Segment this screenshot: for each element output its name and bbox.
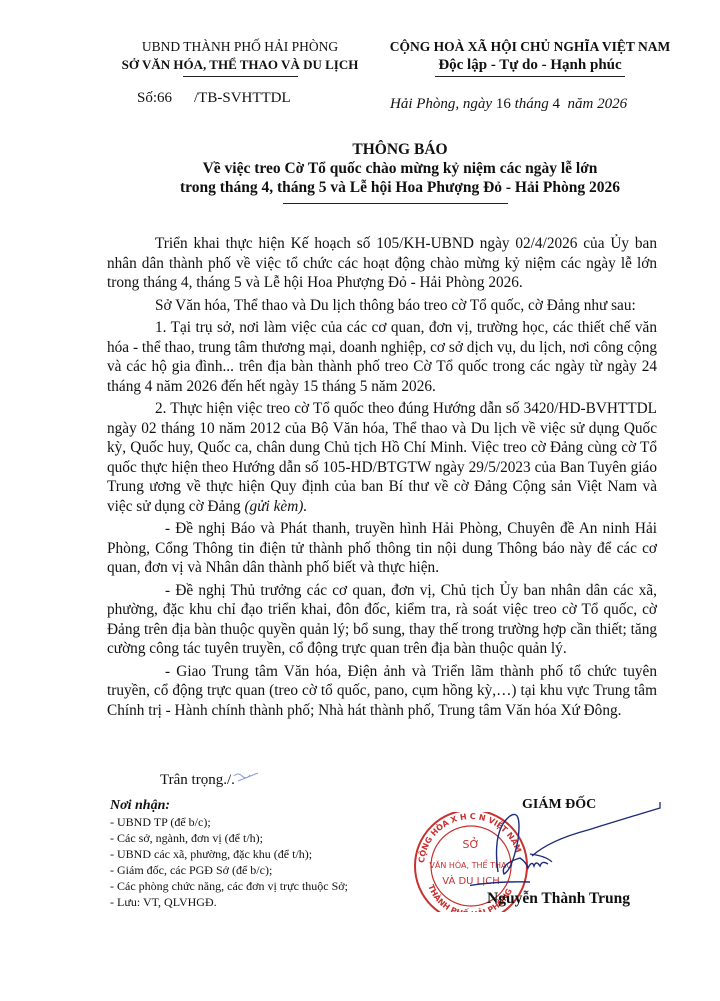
- motto: Độc lập - Tự do - Hạnh phúc: [365, 56, 695, 74]
- doc-number-prefix: Số:66: [137, 90, 172, 106]
- notice-title: THÔNG BÁO Về việc treo Cờ Tổ quốc chào m…: [100, 140, 700, 204]
- paragraph-4-text: 2. Thực hiện việc treo cờ Tổ quốc theo đ…: [107, 400, 657, 515]
- doc-number-suffix: /TB-SVHTTDL: [194, 90, 291, 106]
- paragraph-6: - Đề nghị Thủ trưởng các cơ quan, đơn vị…: [107, 581, 657, 659]
- paragraph-7: - Giao Trung tâm Văn hóa, Điện ảnh và Tr…: [107, 662, 657, 721]
- recipients: Nơi nhận: - UBND TP (để b/c); - Các sở, …: [110, 797, 348, 910]
- paragraph-4: 2. Thực hiện việc treo cờ Tổ quốc theo đ…: [107, 399, 657, 516]
- country-name: CỘNG HOÀ XÃ HỘI CHỦ NGHĨA VIỆT NAM: [365, 38, 695, 56]
- document-date: Hải Phòng, ngày 16 tháng 4 năm 2026: [390, 96, 627, 113]
- closing: Trân trọng./.: [160, 772, 235, 789]
- document-number: Số:66/TB-SVHTTDL: [137, 90, 291, 107]
- title-sub-1: Về việc treo Cờ Tổ quốc chào mừng kỷ niệ…: [100, 159, 700, 178]
- title-sub-2: trong tháng 4, tháng 5 và Lễ hội Hoa Phư…: [100, 178, 700, 197]
- national-motto: CỘNG HOÀ XÃ HỘI CHỦ NGHĨA VIỆT NAM Độc l…: [365, 38, 695, 77]
- agency-parent: UBND THÀNH PHỐ HẢI PHÒNG: [100, 38, 380, 56]
- notice-body: Triển khai thực hiện Kế hoạch số 105/KH-…: [107, 234, 657, 723]
- date-year-label: năm: [568, 96, 594, 112]
- initial-mark-icon: [232, 770, 262, 784]
- agency-name: SỞ VĂN HÓA, THỂ THAO VÀ DU LỊCH: [100, 56, 380, 74]
- issuing-agency: UBND THÀNH PHỐ HẢI PHÒNG SỞ VĂN HÓA, THỂ…: [100, 38, 380, 77]
- title-underline: [283, 203, 508, 204]
- date-day: 16: [496, 96, 511, 112]
- attachment-note: (gửi kèm).: [244, 498, 307, 515]
- date-place: Hải Phòng, ngày: [390, 96, 492, 112]
- paragraph-3: 1. Tại trụ sở, nơi làm việc của các cơ q…: [107, 318, 657, 396]
- signer-name: Nguyễn Thành Trung: [487, 890, 630, 908]
- recipients-heading: Nơi nhận:: [110, 797, 348, 814]
- motto-underline: [435, 76, 625, 77]
- title-main: THÔNG BÁO: [100, 140, 700, 159]
- recipient-item: - UBND các xã, phường, đặc khu (để t/h);: [110, 846, 348, 862]
- date-month: 4: [553, 96, 561, 112]
- paragraph-2: Sở Văn hóa, Thể thao và Du lịch thông bá…: [107, 296, 657, 316]
- recipient-item: - Lưu: VT, QLVHGĐ.: [110, 894, 348, 910]
- paragraph-5: - Đề nghị Báo và Phát thanh, truyền hình…: [107, 519, 657, 578]
- agency-underline: [183, 76, 298, 77]
- paragraph-1: Triển khai thực hiện Kế hoạch số 105/KH-…: [107, 234, 657, 293]
- date-year: 2026: [597, 96, 627, 112]
- recipient-item: - Các phòng chức năng, các đơn vị trực t…: [110, 878, 348, 894]
- recipient-item: - Giám đốc, các PGĐ Sở (để b/c);: [110, 862, 348, 878]
- recipient-item: - UBND TP (để b/c);: [110, 814, 348, 830]
- date-month-label: tháng: [515, 96, 549, 112]
- recipient-item: - Các sở, ngành, đơn vị (để t/h);: [110, 830, 348, 846]
